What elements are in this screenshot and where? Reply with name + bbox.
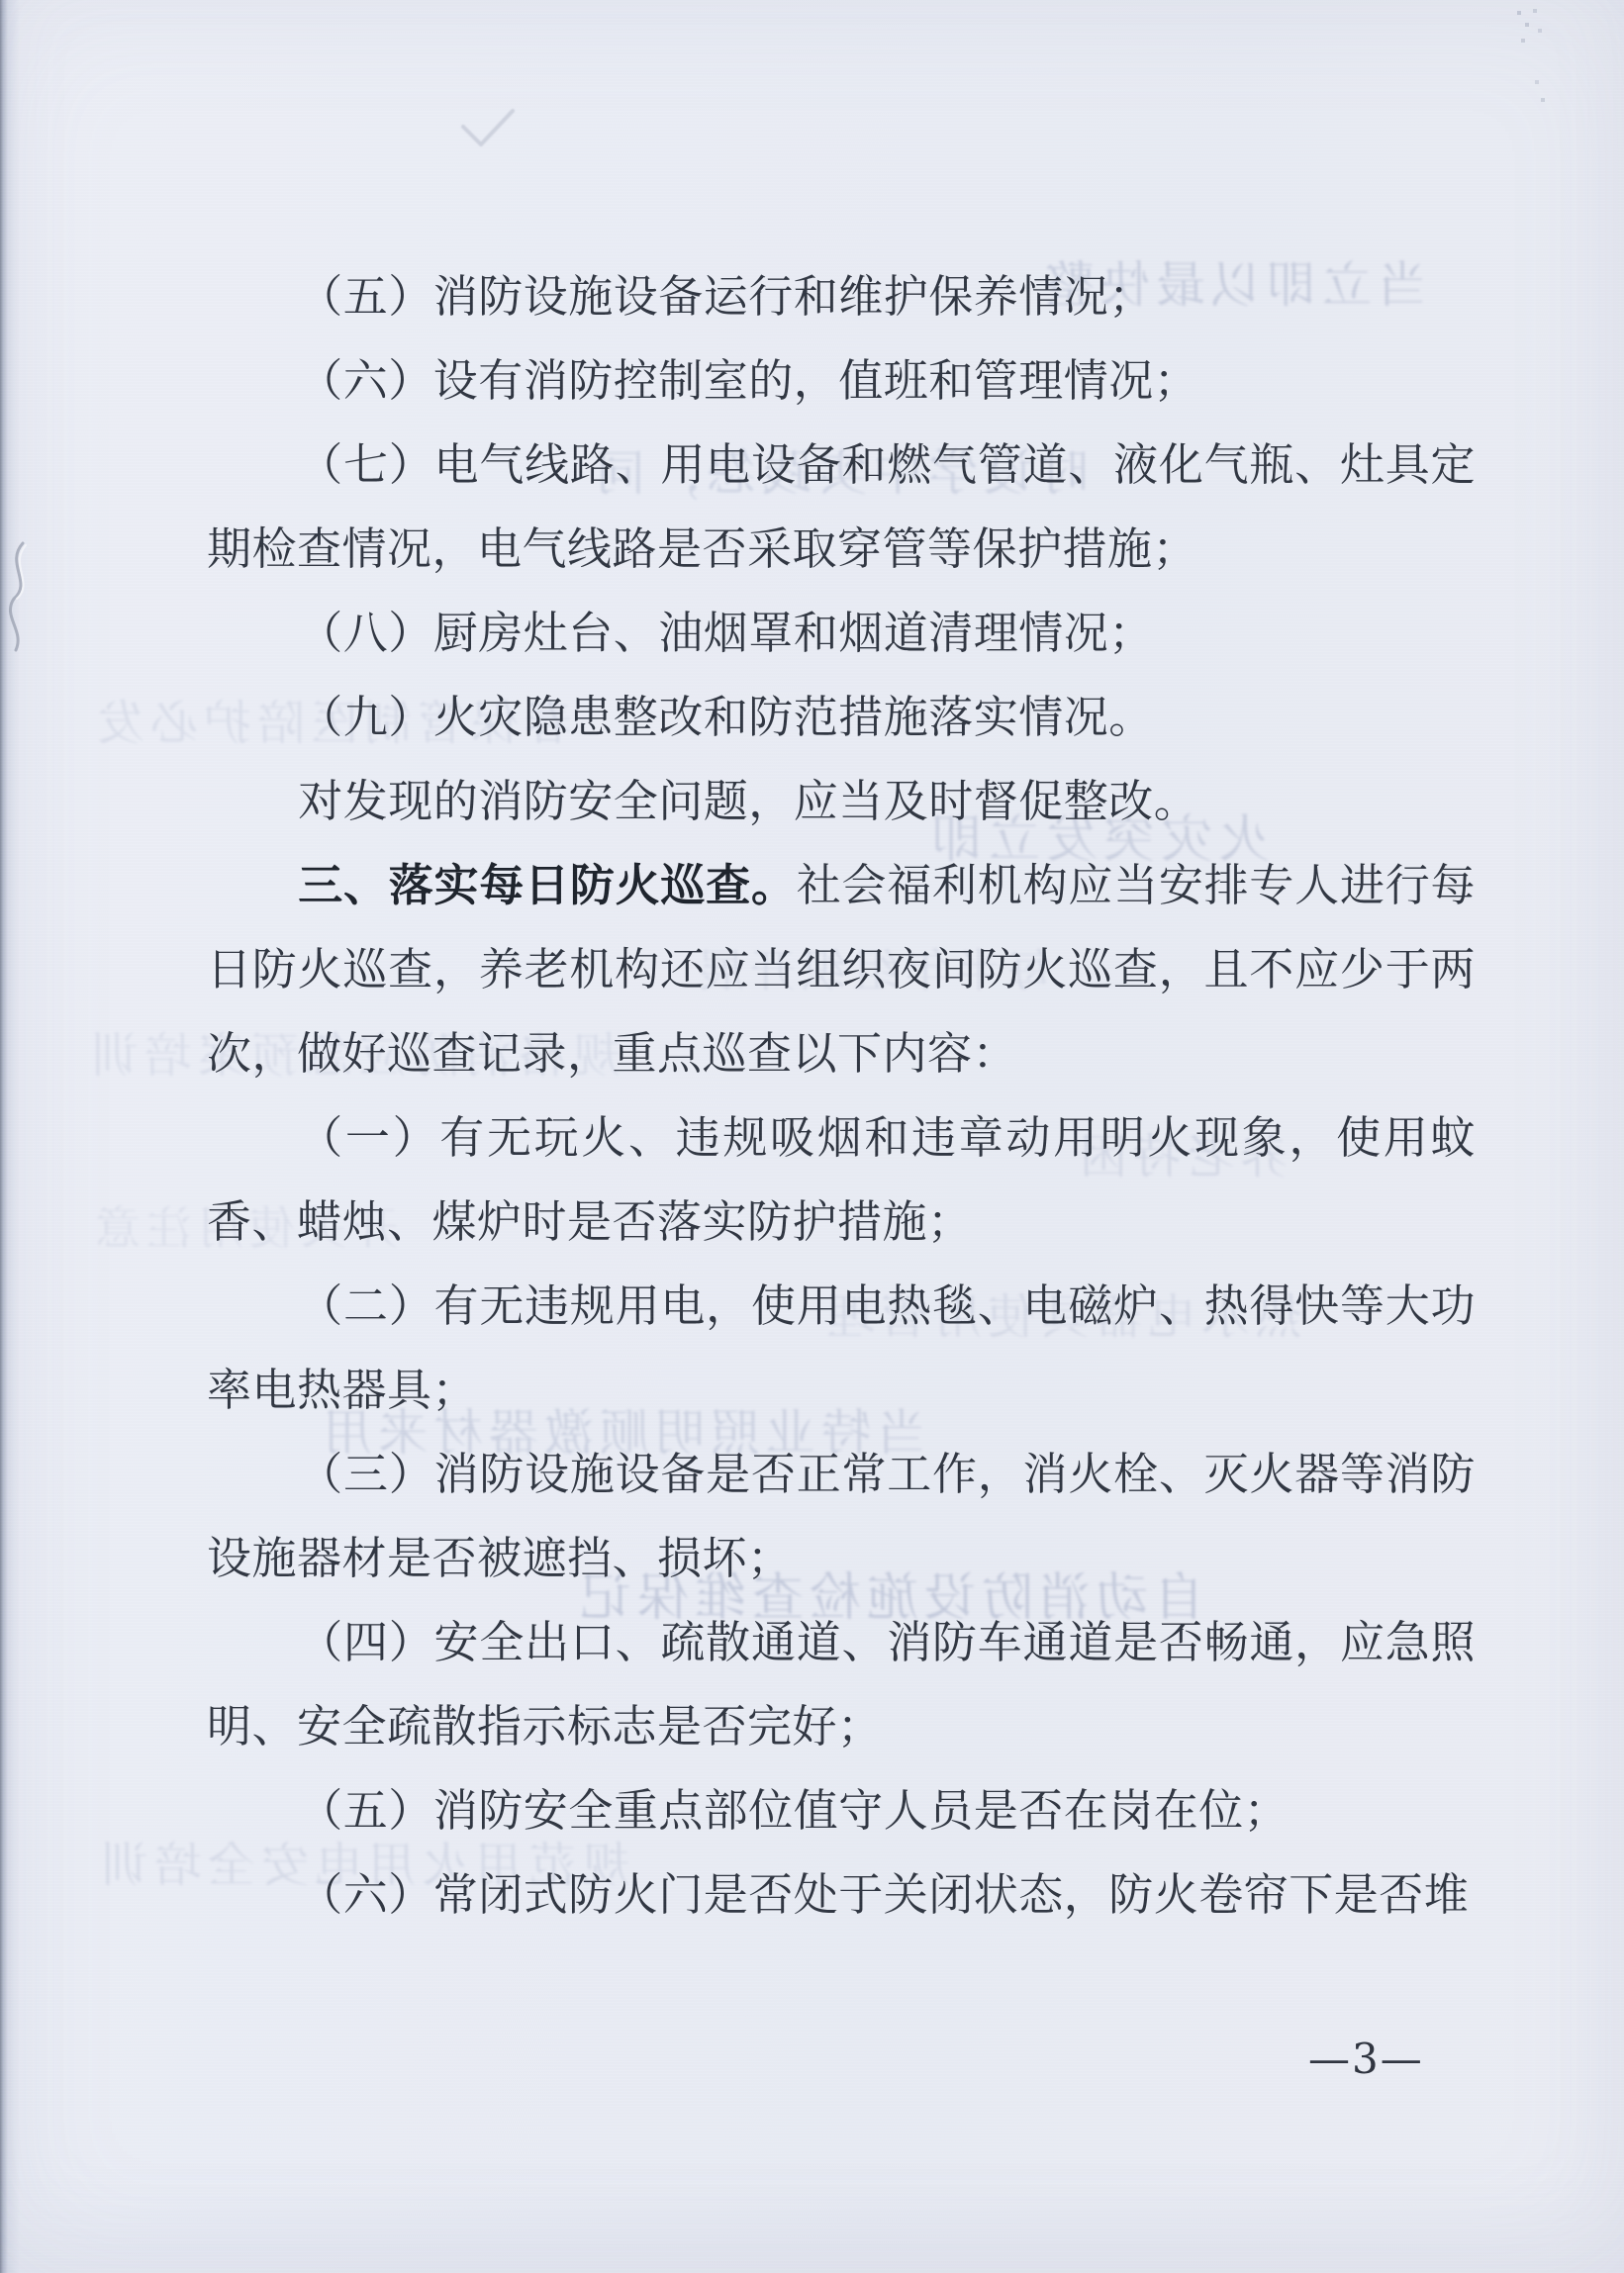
section-heading: 三、落实每日防火巡查。 — [298, 859, 796, 911]
paragraph: （五）消防安全重点部位值守人员是否在岗在位； — [207, 1768, 1476, 1852]
paragraph: （八）厨房灶台、油烟罩和烟道清理情况； — [207, 591, 1476, 675]
document-body: （五）消防设施设备运行和维护保养情况； （六）设有消防控制室的，值班和管理情况；… — [207, 254, 1476, 1937]
paragraph: （三）消防设施设备是否正常工作，消火栓、灭火器等消防设施器材是否被遮挡、损坏； — [207, 1432, 1476, 1600]
paragraph: （二）有无违规用电，使用电热毯、电磁炉、热得快等大功率电热器具； — [207, 1264, 1476, 1432]
paragraph: （一）有无玩火、违规吸烟和违章动用明火现象，使用蚊香、蜡烛、煤炉时是否落实防护措… — [207, 1095, 1476, 1264]
paragraph: （七）电气线路、用电设备和燃气管道、液化气瓶、灶具定期检查情况，电气线路是否采取… — [207, 423, 1476, 591]
paragraph: （九）火灾隐患整改和防范措施落实情况。 — [207, 675, 1476, 759]
paragraph: （四）安全出口、疏散通道、消防车通道是否畅通，应急照明、安全疏散指示标志是否完好… — [207, 1600, 1476, 1768]
paragraph: 三、落实每日防火巡查。社会福利机构应当安排专人进行每日防火巡查，养老机构还应当组… — [207, 843, 1476, 1095]
paragraph: （六）设有消防控制室的，值班和管理情况； — [207, 338, 1476, 423]
paragraph: 对发现的消防安全问题，应当及时督促整改。 — [207, 759, 1476, 843]
paragraph: （六）常闭式防火门是否处于关闭状态，防火卷帘下是否堆 — [207, 1852, 1476, 1937]
scanned-document-page: 当立即以最快整 时设学中实践怨，同 春保管制医陪护必发 火灾突发立即 每半年组织… — [0, 0, 1624, 2273]
scan-specks — [1512, 8, 1514, 10]
paragraph: （五）消防设施设备运行和维护保养情况； — [207, 254, 1476, 338]
pen-tick-mark — [457, 105, 521, 156]
page-number: —3— — [1308, 2035, 1424, 2083]
staple-mark-icon — [1, 539, 37, 658]
